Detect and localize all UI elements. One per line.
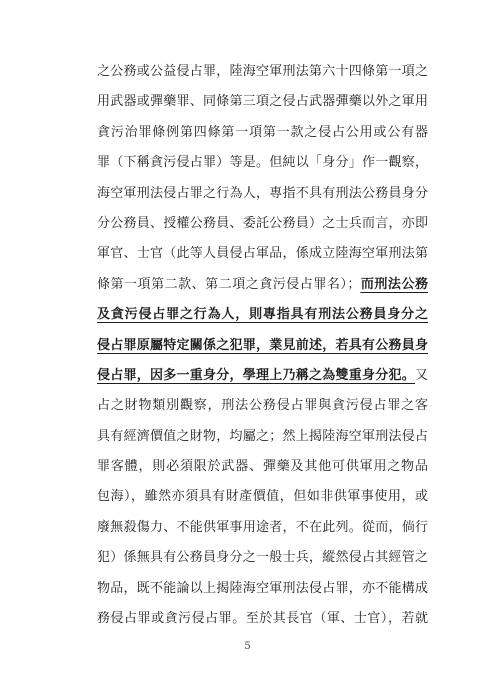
text-run: 之公務或公益侵占罪，陸海空軍刑法第六十四條第一項之侵占軍 bbox=[97, 64, 428, 87]
text-line: 犯）係無具有公務員身分之一般士兵，縱然侵占其經管之非軍用 bbox=[97, 543, 428, 573]
text-line: 侵占罪，因多一重身分，學理上乃稱之為雙重身分犯。又自所侵 bbox=[97, 361, 428, 391]
text-line: 廢無殺傷力、不能供軍事用途者，不在此列。從而，倘行為人（正 bbox=[97, 513, 428, 543]
text-line: 務侵占罪或貪污侵占罪。至於其長官（軍、士官），若就該非軍 bbox=[97, 604, 428, 634]
text-line: 罪客體，則必須限於武器、彈藥及其他可供軍用之物品（非包山 bbox=[97, 452, 428, 482]
text-line: 軍官、士官（此等人員侵占軍品，係成立陸海空軍刑法第七十六 bbox=[97, 239, 428, 269]
text-run: 用武器或彈藥罪、同條第三項之侵占武器彈藥以外之軍用物品罪， bbox=[97, 94, 428, 117]
text-run: 罪客體，則必須限於武器、彈藥及其他可供軍用之物品（非包山 bbox=[97, 459, 428, 482]
text-line: 海空軍刑法侵占罪之行為人，專指不具有刑法公務員身分（含身 bbox=[97, 179, 428, 209]
text-run: 貪污治罪條例第四條第一項第一款之侵占公用或公有器材、財物 bbox=[97, 125, 428, 148]
text-run: 務侵占罪或貪污侵占罪。至於其長官（軍、士官），若就該非軍 bbox=[97, 611, 428, 634]
text-line: 罪（下稱貪污侵占罪）等是。但純以「身分」作一觀察，上揭陸 bbox=[97, 148, 428, 178]
text-run: 廢無殺傷力、不能供軍事用途者，不在此列。從而，倘行為人（正 bbox=[97, 520, 428, 543]
text-line: 之公務或公益侵占罪，陸海空軍刑法第六十四條第一項之侵占軍 bbox=[97, 57, 428, 87]
emphasized-text-run: 侵占罪原屬特定關係之犯罪，業見前述，若具有公務員身分而犯 bbox=[97, 338, 428, 361]
text-line: 包海），雖然亦須具有財產價值，但如非供軍事使用，或已經報 bbox=[97, 482, 428, 512]
emphasized-text-run: 及貪污侵占罪之行為人，則專指具有刑法公務員身分之人；復因 bbox=[97, 307, 428, 330]
text-run: 占之財物類別觀察，刑法公務侵占罪與貪污侵占罪之客體，凡是 bbox=[97, 398, 428, 421]
emphasized-text-run: 侵占罪，因多一重身分，學理上乃稱之為雙重身分犯。 bbox=[97, 368, 415, 383]
document-page: 之公務或公益侵占罪，陸海空軍刑法第六十四條第一項之侵占軍用武器或彈藥罪、同條第三… bbox=[0, 0, 495, 700]
text-run: 罪（下稱貪污侵占罪）等是。但純以「身分」作一觀察，上揭陸 bbox=[97, 155, 428, 178]
text-run: 具有經濟價值之財物，均屬之；然上揭陸海空軍刑法侵占罪之犯 bbox=[97, 429, 428, 452]
text-line: 物品，既不能論以上揭陸海空軍刑法侵占罪，亦不能構成刑法公 bbox=[97, 574, 428, 604]
text-line: 及貪污侵占罪之行為人，則專指具有刑法公務員身分之人；復因 bbox=[97, 300, 428, 330]
text-run: 物品，既不能論以上揭陸海空軍刑法侵占罪，亦不能構成刑法公 bbox=[97, 581, 428, 604]
text-run: 包海），雖然亦須具有財產價值，但如非供軍事使用，或已經報 bbox=[97, 489, 428, 512]
text-line: 貪污治罪條例第四條第一項第一款之侵占公用或公有器材、財物 bbox=[97, 118, 428, 148]
text-line: 具有經濟價值之財物，均屬之；然上揭陸海空軍刑法侵占罪之犯 bbox=[97, 422, 428, 452]
text-run: 軍官、士官（此等人員侵占軍品，係成立陸海空軍刑法第七十六 bbox=[97, 246, 428, 269]
text-line: 分公務員、授權公務員、委託公務員）之士兵而言，亦即不包括 bbox=[97, 209, 428, 239]
text-run: 條第一項第二款、第二項之貪污侵占罪名）； bbox=[97, 277, 360, 292]
text-run: 海空軍刑法侵占罪之行為人，專指不具有刑法公務員身分（含身 bbox=[97, 186, 428, 209]
text-line: 占之財物類別觀察，刑法公務侵占罪與貪污侵占罪之客體，凡是 bbox=[97, 391, 428, 421]
text-line: 侵占罪原屬特定關係之犯罪，業見前述，若具有公務員身分而犯 bbox=[97, 331, 428, 361]
text-run: 犯）係無具有公務員身分之一般士兵，縱然侵占其經管之非軍用 bbox=[97, 550, 428, 573]
page-body: 之公務或公益侵占罪，陸海空軍刑法第六十四條第一項之侵占軍用武器或彈藥罪、同條第三… bbox=[97, 57, 428, 634]
page-number: 5 bbox=[0, 640, 495, 654]
text-line: 條第一項第二款、第二項之貪污侵占罪名）；而刑法公務侵占罪 bbox=[97, 270, 428, 300]
text-run: 分公務員、授權公務員、委託公務員）之士兵而言，亦即不包括 bbox=[97, 216, 428, 239]
text-line: 用武器或彈藥罪、同條第三項之侵占武器彈藥以外之軍用物品罪， bbox=[97, 87, 428, 117]
